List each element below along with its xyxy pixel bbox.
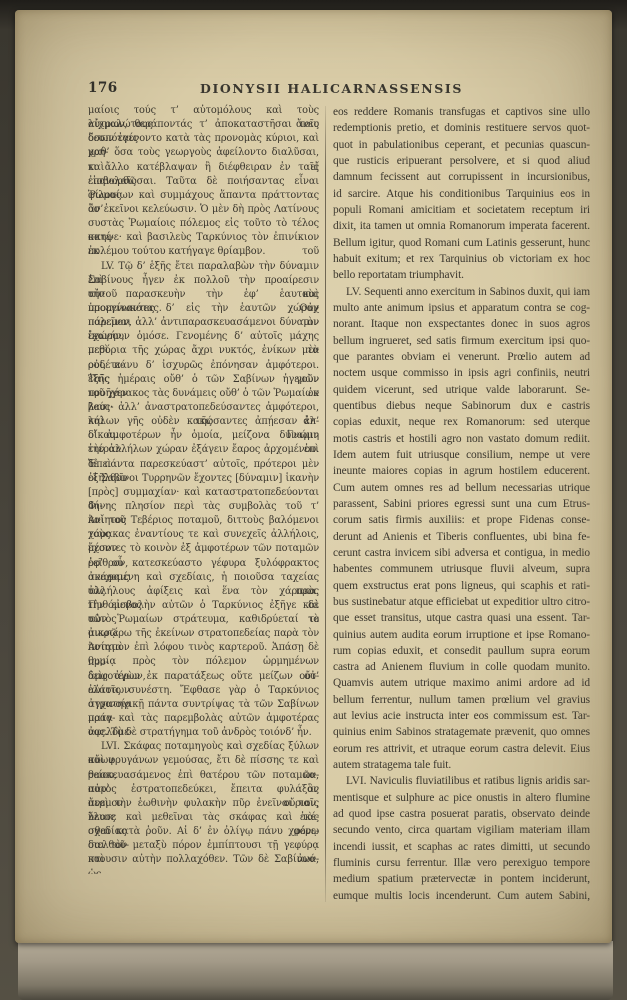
text-line: aut levius acie instructa inter eos comm…	[333, 708, 590, 724]
text-line-content: quem exstructus erat pons ligneus, qui s…	[333, 580, 590, 592]
greek-column: μαίοις τούς τ’ αὐτομόλους καὶ τοὺς αἰχμα…	[88, 104, 319, 874]
text-line: quinius enim Sabinos stratagemate præven…	[333, 724, 590, 740]
text-line-content: motis castris et hostili agro non vastat…	[333, 433, 590, 445]
text-line: derunt ad Anienis et Tiberis confluentes…	[333, 529, 590, 545]
text-line-content: autem stratagema tale fuit.	[333, 759, 451, 771]
book-page-edges	[18, 941, 613, 1000]
text-line: ἐπανορθῶσαι. Ταῦτα δὲ ποιήσαντας εἶναι φ…	[88, 175, 319, 189]
text-line: bello reportatam triumphavit.	[333, 267, 590, 283]
text-line: que rusticis eripuerant persolvere, et s…	[333, 153, 590, 169]
text-line: habentes communem utriusque fluvii alveu…	[333, 561, 590, 577]
text-line: LV. Τῷ δ’ ἑξῆς ἔτει παραλαβὼν τὴν δύναμι…	[88, 260, 319, 274]
text-line: noctem usque commisso in ipsis agri conf…	[333, 365, 590, 381]
text-line-content: damnum fecissent aut corrupissent in inc…	[333, 171, 590, 183]
text-line: λεύς· ἀλλ’ ἀναστρατοπεδεύσαντες ἀμφότερο…	[88, 401, 319, 415]
text-line-content: ineunte maiores copias in agrum hostilem…	[333, 465, 590, 477]
text-line-content: incendi iussit, et scaphas ac rates dimi…	[333, 841, 590, 853]
text-line: Cum autem omnes res ad bellum necessaria…	[333, 480, 590, 496]
text-line: eos reddere Romanis transfugas et captiv…	[333, 104, 590, 120]
text-line: ἔχοντες τὸ κοινὸν ἐξ ἀμφοτέρων τῶν ποταμ…	[88, 542, 319, 556]
text-line: bus sustinebatur atque efficiebat ut exp…	[333, 594, 590, 610]
text-line-content: rum copias eduxit, et consedit paullum s…	[333, 645, 590, 657]
text-line: dixit, ita tamen ut omnia Romanorum impe…	[333, 218, 590, 234]
text-line: LV. Sequenti anno exercitum in Sabinos d…	[333, 284, 590, 300]
text-line-content: populi Romani amicitiam et societatem re…	[333, 204, 590, 216]
text-line: πόλεμον, ἀλλ’ ἀντιπαρασκευασάμενοι δύναμ…	[88, 316, 319, 330]
text-line: 25τὴν ἀλλήλων χώραν ἐξάγειν ἔαρος ἀρχομέ…	[88, 443, 319, 457]
text-line: quinius autem audita eorum irruptione et…	[333, 627, 590, 643]
text-line: 45νος. Τὸ δὲ στρατήγημα τοῦ ἀνδρὸς τοιόν…	[88, 726, 319, 740]
text-line: incendi iussit, et scaphas ac rates dimi…	[333, 839, 590, 855]
text-line: corum satis firmis auxiliis: et prope Fi…	[333, 512, 590, 528]
text-line-content: Idem autem fuit utriusque consilium, nem…	[333, 449, 590, 461]
text-line: σθαι κατὰ ῥοῦν. Αἱ δ’ ἐν ὀλίγῳ πάνυ χρόν…	[88, 825, 319, 839]
text-line-content: eumque multis locis incenderunt. Cum aut…	[333, 890, 590, 902]
text-line: 30καὶ τοῦ Τεβέριος ποταμοῦ, διττοὺς βαλό…	[88, 514, 319, 528]
text-line: ἐφ’ οὗ κατεσκεύαστο γέφυρα ξυλόφρακτος σ…	[88, 557, 319, 571]
text-line-content: fluminis cursu ferrentur. Illæ vero pere…	[333, 857, 590, 869]
text-line: μαθ’ ὅσα τοὺς γεωργοὺς ἀφείλοντο διαλῦσα…	[88, 146, 319, 160]
text-line: ματα καὶ τὰς παρεμβολὰς αὐτῶν ἀμφοτέρας …	[88, 712, 319, 726]
text-line: τῶν Ῥωμαίων στράτευμα, καθιδρύεταί τε μι…	[88, 613, 319, 627]
page-header: 176 DIONYSII HALICARNASSENSIS	[73, 80, 590, 100]
text-line: συστὰς Ῥωμαίοις πόλεμος εἰς τοῦτο τὸ τέλ…	[88, 217, 319, 231]
text-line: redemptionis pretio, et dominis restitue…	[333, 120, 590, 136]
text-line: Idem autem fuit utriusque consilium, nem…	[333, 447, 590, 463]
text-line: Quamvis autem utrique maximo animi ardor…	[333, 675, 590, 691]
text-line-content: πτουσιν αὐτὴν πολλαχόθεν. Τῶν δὲ Σαβίνων…	[88, 854, 319, 874]
text-line-content: norant. Itaque non exspectantes donec in…	[333, 318, 590, 330]
text-line: οἱ Σαβῖνοι Τυρρηνῶν ἔχοντες [δύναμιν] ἱκ…	[88, 472, 319, 486]
text-line-content: quentibus diebus neque Sabinorum dux e c…	[333, 400, 590, 412]
text-line: Σαβίνους ἦγεν ἐκ πολλοῦ τὴν προαίρεσιν α…	[88, 274, 319, 288]
text-line: πολέμου τούτου κατήγαγε θρίαμβον.	[88, 245, 319, 259]
latin-column: eos reddere Romanis transfugas et captiv…	[333, 104, 590, 914]
text-line: λευσε καὶ μεθεῖναι τὰς σκάφας καὶ τὰς σχ…	[88, 811, 319, 825]
text-line: πτουσιν αὐτὴν πολλαχόθεν. Τῶν δὲ Σαβίνων…	[88, 853, 319, 867]
text-line-content: οἱ Σαβῖνοι Τυρρηνῶν ἔχοντες [δύναμιν] ἱκ…	[88, 473, 319, 484]
text-line: δ’ ἀμφοτέρων ἦν ὁμοία, μείζονα δύναμιν ἑ…	[88, 429, 319, 443]
text-line: copias eduxit, neque rex Romanorum: sed …	[333, 414, 590, 430]
text-line: ἀνεχομένη καὶ σχεδίαις, ἡ ποιοῦσα ταχεία…	[88, 571, 319, 585]
text-line-content: bus sustinebatur atque efficiebat ut exp…	[333, 596, 590, 608]
text-line: rum copias eduxit, et consedit paullum s…	[333, 643, 590, 659]
text-line-content: νος. Τὸ δὲ στρατήγημα τοῦ ἀνδρὸς τοιόνδ’…	[88, 727, 312, 738]
text-line: 15ὑπομείναντες δ’ εἰς τὴν ἑαυτῶν χώραν π…	[88, 302, 319, 316]
text-line: secundo vento, circa quartam vigiliam ma…	[333, 822, 590, 838]
text-line-content: eorum res attrivit, et utraque eorum cas…	[333, 743, 590, 755]
text-line-content: aut levius acie instructa inter eos comm…	[333, 710, 590, 722]
text-line: mentisque et sulphure ac pice onustis in…	[333, 790, 590, 806]
text-line-content: ad quod ipse castra posuerat paratis, ob…	[333, 808, 590, 820]
text-line-content: quot in pabulationibus ceperant, et pecu…	[333, 139, 590, 151]
text-line: norant. Itaque non exspectantes donec in…	[333, 316, 590, 332]
text-line: ineunte maiores copias in agrum hostilem…	[333, 463, 590, 479]
text-line: λήλων γῆς οὐδὲν κακώσαντες ἀπῄεσαν ἐπ’ ο…	[88, 415, 319, 429]
text-line-content: habuit exitum; et rex Tarquinius ob vict…	[333, 253, 590, 265]
text-line-content: secundo vento, circa quartam vigiliam ma…	[333, 824, 590, 836]
text-line: que esset transitus, utque castra quasi …	[333, 610, 590, 626]
text-line-content: redemptionis pretio, et dominis restitue…	[333, 122, 590, 134]
text-line-content: parassent, Sabini priores egressi sunt u…	[333, 498, 590, 510]
text-line-content: dixit, ita tamen ut omnia Romanorum impe…	[333, 220, 590, 232]
text-line: μαίοις τούς τ’ αὐτομόλους καὶ τοὺς αἰχμα…	[88, 104, 319, 118]
text-line-content: ἂν ἐκεῖνοι κελεύωσιν. Ὁ μὲν δὴ πρὸς Λατί…	[88, 204, 319, 215]
column-divider-rule	[325, 106, 326, 902]
text-line: ρασκευασάμενος ἐπὶ θατέρου τῶν ποταμῶν, …	[88, 769, 319, 783]
text-line: fluminis cursu ferrentur. Illæ vero pere…	[333, 855, 590, 871]
text-line-content: quinius enim Sabinos stratagemate præven…	[333, 726, 590, 738]
text-line: eumque multis locis incenderunt. Cum aut…	[333, 888, 590, 904]
text-line: ποταμὸν ἐπὶ λόφου τινὸς καρτεροῦ. Ἁπάσῃ …	[88, 641, 319, 655]
text-line: ἂν ἐκεῖνοι κελεύωσιν. Ὁ μὲν δὴ πρὸς Λατί…	[88, 203, 319, 217]
text-line-content: bellum ingrueret, sed satis firmum exerc…	[333, 335, 590, 347]
text-line: quidem vicerunt, sed utrique valde labor…	[333, 382, 590, 398]
text-line: Ῥωμαίων καὶ συμμάχους ἅπαντα πράττοντας …	[88, 189, 319, 203]
text-line: ροι, πάνυ δ’ ἰσχυρῶς ἐπόνησαν ἀμφότεροι.…	[88, 359, 319, 373]
text-line: LVI. Σκάφας ποταμηγοὺς καὶ σχεδίας ξύλων…	[88, 740, 319, 754]
text-line-content: derunt ad Anienis et Tiberis confluentes…	[333, 531, 590, 543]
text-line: τοῦ χάρακος τὰς δυνάμεις οὔθ’ ὁ τῶν Ῥωμα…	[88, 387, 319, 401]
text-line-content: noctem usque commisso in ipsis agri conf…	[333, 367, 590, 379]
text-line-content: multo ante animum ipsius et apparatum co…	[333, 302, 590, 314]
text-line: parassent, Sabini priores egressi sunt u…	[333, 496, 590, 512]
text-line: ἀνωτέρω τῆς ἐκείνων στρατοπεδείας παρὰ τ…	[88, 627, 319, 641]
text-line: 35ἀλλήλους ἀφίξεις καὶ ἕνα τὸν χάρακα. Π…	[88, 585, 319, 599]
text-line: τὴν εἰσβολὴν αὐτῶν ὁ Ταρκύνιος ἐξῆγε καὶ…	[88, 599, 319, 613]
text-line-content: copias eduxit, neque rex Romanorum: sed …	[333, 416, 590, 428]
text-line-content: Cum autem omnes res ad bellum necessaria…	[333, 482, 590, 494]
text-line-content: Quamvis autem utrique maximo animi ardor…	[333, 677, 590, 689]
text-line: λύτρων, θεράποντάς τ’ ἀποκαταστῆσαι τοῖς…	[88, 118, 319, 132]
text-line-content: que esset transitus, utque castra quasi …	[333, 612, 590, 624]
text-line: σαι τὸν μεταξὺ πόρον ἐμπίπτουσι τῇ γεφύρ…	[88, 839, 319, 853]
text-line: δὲ πάντα παρεσκεύαστ’ αὐτοῖς, πρότεροι μ…	[88, 458, 319, 472]
text-line-content: que parantes obviam ei venerunt. Prœlio …	[333, 351, 590, 363]
text-line-content: que rusticis eripuerant persolvere, et s…	[333, 155, 590, 167]
running-title: DIONYSII HALICARNASSENSIS	[73, 81, 590, 96]
text-line: δήνης πλησίον περὶ τὰς συμβολὰς τοῦ τ’ Ἀ…	[88, 500, 319, 514]
text-line-content: bello reportatam triumphavit.	[333, 269, 464, 281]
text-line-content: eos reddere Romanis transfugas et captiv…	[333, 106, 590, 118]
text-line-content: corum satis firmis auxiliis: et prope Fi…	[333, 514, 590, 526]
text-line: quem exstructus erat pons ligneus, qui s…	[333, 578, 590, 594]
text-line: δεὶς ἀγὼν ἐκ παρατάξεως οὔτε μείζων οὔτ’…	[88, 670, 319, 684]
text-line: 20ἑξῆς ἡμέραις οὔθ’ ὁ τῶν Σαβίνων ἡγεμὼν…	[88, 373, 319, 387]
text-line: 50περὶ τὴν ἑωθινὴν φυλακὴν πῦρ ἐνεῖναι τ…	[88, 797, 319, 811]
text-line-content: LV. Sequenti anno exercitum in Sabinos d…	[333, 286, 590, 298]
text-line: LVI. Naviculis fluviatilibus et ratibus …	[333, 773, 590, 789]
text-line: ὅσων ἐγένοντο κατὰ τὰς προνομὰς κύριοι, …	[88, 132, 319, 146]
text-line-content: Bellum igitur, quod Romani cum Latinis g…	[333, 237, 590, 249]
text-line: bellum ingrueret, sed satis firmum exerc…	[333, 333, 590, 349]
text-line: αὐτὸς ἐστρατοπεδεύκει, ἔπειτα φυλάξας ἄν…	[88, 783, 319, 797]
text-line: 5τι ἄλλο κατέβλαψαν ἢ διέφθειραν ἐν ταῖς…	[88, 161, 319, 175]
text-line: id sarcire. Atque his conditionibus Tarq…	[333, 186, 590, 202]
text-line: autem stratagema tale fuit.	[333, 757, 590, 773]
text-line: eorum res attrivit, et utraque eorum cas…	[333, 741, 590, 757]
text-line-content: bellum ferrentur, nullum tamen prœlium v…	[333, 694, 590, 706]
text-line: στρατηγικῇ πάντα συντρίψας τὰ τῶν Σαβίνω…	[88, 698, 319, 712]
text-line-content: cerunt castra invicem sibi adversa et co…	[333, 547, 590, 559]
text-line: cerunt castra invicem sibi adversa et co…	[333, 545, 590, 561]
text-line: castra ad Anienem fluvium in colle quoda…	[333, 659, 590, 675]
text-line: quentibus diebus neque Sabinorum dux e c…	[333, 398, 590, 414]
text-line: χάρακας ἐναντίους τε καὶ συνεχεῖς ἀλλήλο…	[88, 528, 319, 542]
text-line-content: quinius autem audita eorum irruptione et…	[333, 629, 590, 641]
text-line-content: mentisque et sulphure ac pice onustis in…	[333, 792, 590, 804]
text-line: quot in pabulationibus ceperant, et pecu…	[333, 137, 590, 153]
text-line: multo ante animum ipsius et apparatum co…	[333, 300, 590, 316]
text-line-content: id sarcire. Atque his conditionibus Tarq…	[333, 188, 590, 200]
text-line: [πρὸς] συμμαχίαν· καὶ καταστρατοπεδεύοντ…	[88, 486, 319, 500]
text-line: 40θυμίᾳ πρὸς τὸν πόλεμον ὡρμημένων ἀμφοτ…	[88, 655, 319, 669]
text-line: ad quod ipse castra posuerat paratis, ob…	[333, 806, 590, 822]
text-line: que parantes obviam ei venerunt. Prœlio …	[333, 349, 590, 365]
text-line: motis castris et hostili agro non vastat…	[333, 431, 590, 447]
text-line: habuit exitum; et rex Tarquinius ob vict…	[333, 251, 590, 267]
text-line-content: castra ad Anienem fluvium in colle quoda…	[333, 661, 590, 673]
text-line: μεθόρια τῆς χώρας ἄχρι νυκτός, ἐνίκων μὲ…	[88, 344, 319, 358]
text-line-content: πολέμου τούτου κατήγαγε θρίαμβον.	[88, 246, 265, 257]
text-line: αὐτοῖς συνέστη. Ἔφθασε γὰρ ὁ Ταρκύνιος ἀ…	[88, 684, 319, 698]
text-line-content: medium spatium prætervectæ in pontem inc…	[333, 873, 590, 885]
text-line: καὶ φρυγάνων γεμούσας, ἔτι δὲ πίσσης τε …	[88, 754, 319, 768]
text-line: damnum fecissent aut corrupissent in inc…	[333, 169, 590, 185]
text-line-content: habentes communem utriusque fluvii alveu…	[333, 563, 590, 575]
text-line: Bellum igitur, quod Romani cum Latinis g…	[333, 235, 590, 251]
text-line: populi Romani amicitiam et societatem re…	[333, 202, 590, 218]
text-line-content: LVI. Naviculis fluviatilibus et ratibus …	[333, 775, 590, 787]
text-line: 10σκηψε· καὶ βασιλεὺς Ταρκύνιος τὸν ἐπιν…	[88, 231, 319, 245]
text-line: bellum ferrentur, nullum tamen prœlium v…	[333, 692, 590, 708]
text-line: τὴν παρασκευὴν τὴν ἐφ’ ἑαυτοὺς προεγνωκό…	[88, 288, 319, 302]
text-line: ἐχώρουν ὁμόσε. Γενομένης δ’ αὐτοῖς μάχης…	[88, 330, 319, 344]
text-line-content: quidem vicerunt, sed utrique valde labor…	[333, 384, 590, 396]
text-line: medium spatium prætervectæ in pontem inc…	[333, 871, 590, 887]
